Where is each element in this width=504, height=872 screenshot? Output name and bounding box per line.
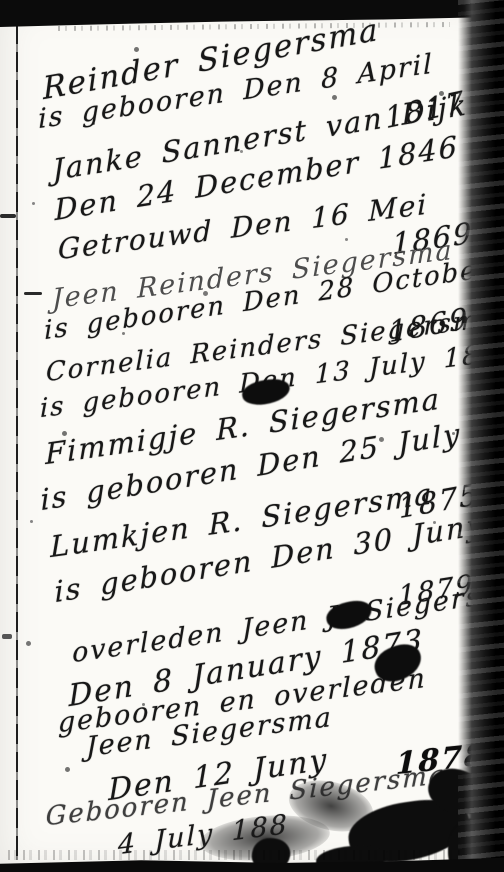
margin-dash-mark bbox=[24, 292, 42, 295]
book-spine-shadow bbox=[458, 0, 504, 872]
margin-rule-line bbox=[16, 24, 18, 860]
scanned-document: Reinder Siegersma is gebooren Den 8 Apri… bbox=[0, 0, 504, 872]
scan-noise-bottom bbox=[8, 850, 464, 860]
margin-dash-mark bbox=[0, 214, 16, 218]
margin-dash-mark bbox=[2, 634, 12, 639]
